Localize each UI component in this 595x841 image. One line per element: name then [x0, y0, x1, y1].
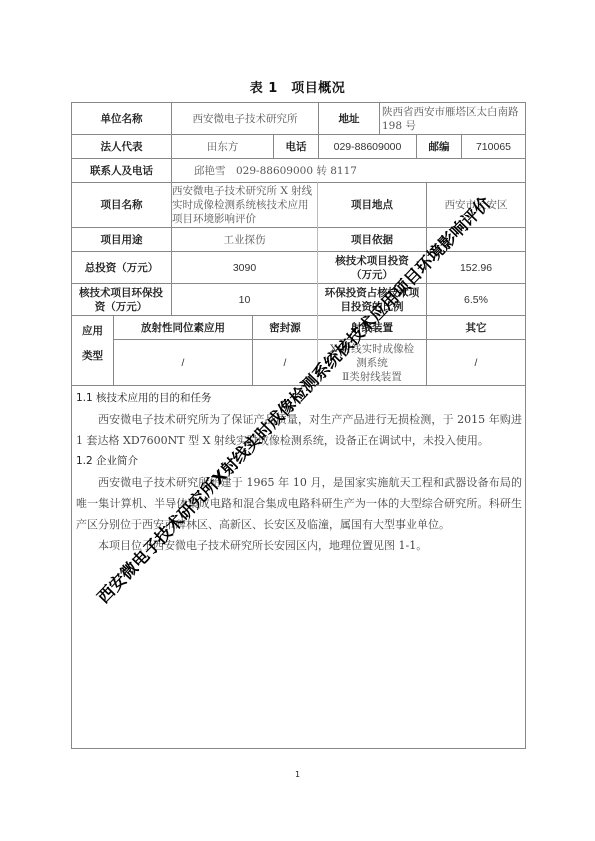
app-header-other: 其它 — [427, 316, 525, 339]
phone-value: 029-88609000 — [319, 135, 416, 158]
contact-label: 联系人及电话 — [72, 159, 171, 182]
nuclear-invest-label: 核技术项目投资（万元） — [330, 252, 414, 283]
project-use-value: 工业探伤 — [172, 228, 317, 251]
app-header-ray-device: 射线装置 — [318, 316, 426, 339]
legal-rep-value: 田东方 — [172, 135, 273, 158]
total-invest-value: 3090 — [172, 252, 317, 283]
project-location-value: 西安市长安区 — [427, 183, 525, 227]
address-label: 地址 — [319, 103, 379, 134]
project-basis-value — [427, 228, 525, 251]
nuclear-invest-value: 152.96 — [427, 252, 525, 283]
section-heading-1-1: 1.1 核技术应用的目的和任务 — [76, 388, 522, 409]
section-paragraph-1-2b: 本项目位于西安微电子技术研究所长安园区内，地理位置见图 1-1。 — [76, 535, 522, 556]
env-ratio-value: 6.5% — [427, 284, 525, 315]
legal-rep-label: 法人代表 — [72, 135, 171, 158]
env-invest-label: 核技术项目环保投资（万元） — [74, 284, 168, 315]
project-location-label: 项目地点 — [318, 183, 426, 227]
section-heading-1-2: 1.2 企业简介 — [76, 451, 522, 472]
app-header-isotope: 放射性同位素应用 — [114, 316, 252, 339]
postcode-value: 710065 — [462, 135, 525, 158]
app-header-sealed-source: 密封源 — [253, 316, 317, 339]
section-paragraph-1-1: 西安微电子技术研究所为了保证产品质量，对生产产品进行无损检测，于 2015 年购… — [76, 409, 522, 451]
section-paragraph-1-2a: 西安微电子技术研究所始建于 1965 年 10 月，是国家实施航天工程和武器设备… — [76, 472, 522, 535]
env-ratio-label: 环保投资占核技术项目投资的比例 — [320, 284, 424, 315]
page-number: 1 — [0, 770, 595, 779]
ray-device-line3: Ⅱ类射线装置 — [342, 370, 402, 384]
unit-name-label: 单位名称 — [72, 103, 171, 134]
ray-device-line2: 测系统 — [356, 356, 388, 370]
app-type-label-line2: 类型 — [72, 347, 113, 365]
table-title: 表 1 项目概况 — [0, 77, 595, 96]
contact-value: 邱艳雪 029-88609000 转 8117 — [172, 159, 525, 182]
project-use-label: 项目用途 — [72, 228, 171, 251]
section-content: 1.1 核技术应用的目的和任务 西安微电子技术研究所为了保证产品质量，对生产产品… — [76, 388, 522, 556]
table-border-right — [525, 102, 526, 749]
address-value: 陕西省西安市雁塔区太白南路 198 号 — [380, 103, 525, 134]
env-invest-value: 10 — [172, 284, 317, 315]
project-name-label: 项目名称 — [72, 183, 171, 227]
table-border-bottom — [71, 748, 526, 749]
app-value-other: / — [427, 340, 525, 385]
ray-device-line1: X 射线实时成像检 — [330, 342, 414, 356]
row-divider — [71, 385, 526, 386]
app-value-ray-device: X 射线实时成像检 测系统 Ⅱ类射线装置 — [318, 340, 426, 385]
total-invest-label: 总投资（万元） — [72, 252, 171, 283]
project-basis-label: 项目依据 — [318, 228, 426, 251]
app-type-label-line1: 应用 — [72, 322, 113, 340]
unit-name-value: 西安微电子技术研究所 — [172, 103, 318, 134]
project-name-value: 西安微电子技术研究所 X 射线实时成像检测系统核技术应用项目环境影响评价 — [172, 183, 317, 227]
postcode-label: 邮编 — [417, 135, 461, 158]
phone-label: 电话 — [274, 135, 318, 158]
app-value-sealed-source: / — [253, 340, 317, 385]
app-value-isotope: / — [114, 340, 252, 385]
